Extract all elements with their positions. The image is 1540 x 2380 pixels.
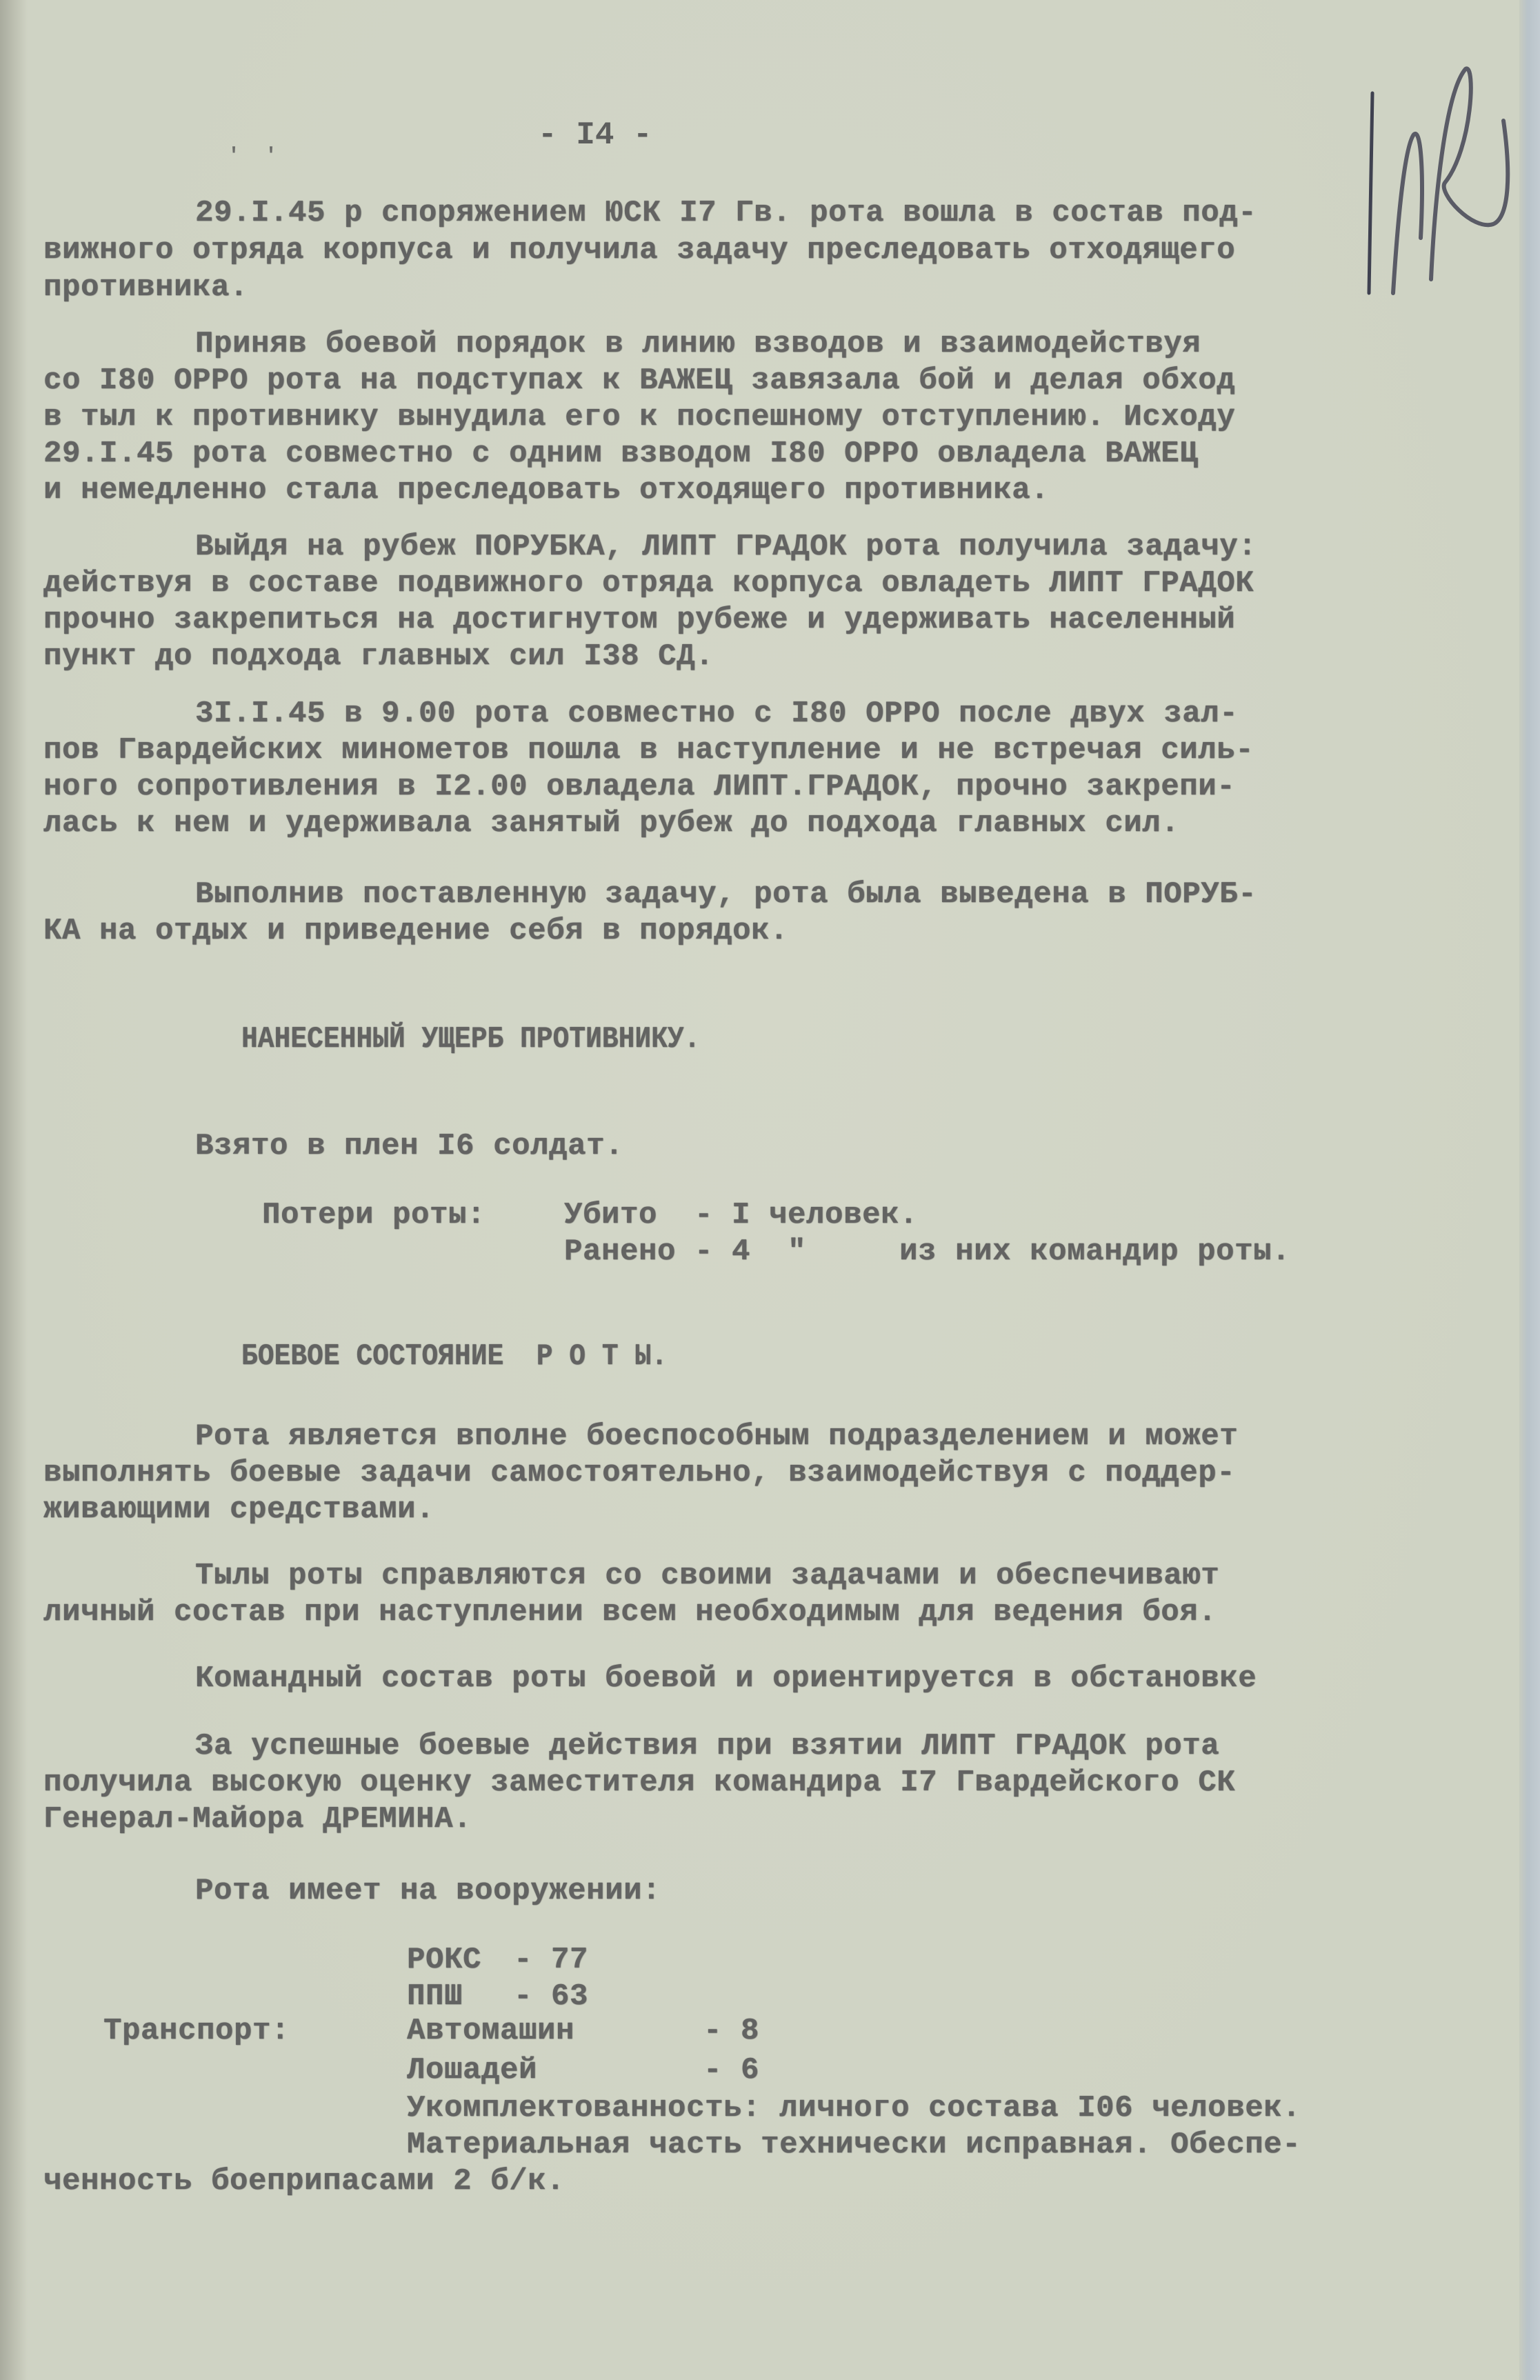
text-line: пов Гвардейских минометов пошла в наступ… [43, 732, 1254, 769]
armament-value: - 77 [514, 1941, 588, 1979]
text-line: Тылы роты справляются со своими задачами… [195, 1557, 1219, 1594]
page-binding-shadow [0, 0, 28, 2380]
losses-wounded: Ранено - 4 " из них командир роты. [564, 1233, 1290, 1270]
text-line: Выполнив поставленную задачу, рота была … [195, 876, 1257, 913]
captured-line: Взято в плен I6 солдат. [195, 1128, 623, 1165]
text-line: и немедленно стала преследовать отходяще… [43, 472, 1049, 509]
text-line: За успешные боевые действия при взятии Л… [195, 1728, 1219, 1765]
text-line: выполнять боевые задачи самостоятельно, … [43, 1454, 1235, 1492]
text-line: 29.I.45 р споряжением ЮСК I7 Гв. рота во… [195, 194, 1257, 232]
armament-name: РОКС [407, 1941, 481, 1979]
text-line: Генерал-Майора ДРЕМИНА. [43, 1801, 472, 1838]
armament-name: ППШ [407, 1978, 463, 2015]
text-line: Выйдя на рубеж ПОРУБКА, ЛИПТ ГРАДОК рота… [195, 528, 1257, 566]
text-line: пункт до подхода главных сил I38 СД. [43, 638, 714, 675]
ammo-line: ченность боеприпасами 2 б/к. [43, 2163, 565, 2200]
section-heading-damage: НАНЕСЕННЫЙ УЩЕРБ ПРОТИВНИКУ. [241, 1021, 700, 1058]
transport-label: Транспорт: [103, 2012, 290, 2050]
text-line: личный состав при наступлении всем необх… [43, 1594, 1217, 1631]
text-line: 3I.I.45 в 9.00 рота совместно с I80 ОРРО… [195, 695, 1238, 732]
page-number: - I4 - [538, 117, 652, 153]
materiel-line: Материальная часть технически исправная.… [407, 2126, 1301, 2163]
losses-label: Потери роты: [262, 1197, 486, 1234]
text-line: со I80 ОРРО рота на подступах к ВАЖЕЦ за… [43, 362, 1235, 399]
section-heading-combat-state: БОЕВОЕ СОСТОЯНИЕ Р О Т Ы. [241, 1338, 668, 1375]
page-right-edge [1519, 0, 1540, 2380]
text-line: Приняв боевой порядок в линию взводов и … [195, 326, 1201, 363]
text-line: Рота является вполне боеспособным подраз… [195, 1418, 1238, 1455]
staffing-line: Укомплектованность: личного состава I06 … [407, 2090, 1301, 2127]
text-line: КА на отдых и приведение себя в порядок. [43, 912, 788, 950]
armament-intro: Рота имеет на вооружении: [195, 1872, 661, 1910]
text-line: лась к нем и удерживала занятый рубеж до… [43, 805, 1179, 842]
text-line: 29.I.45 рота совместно с одним взводом I… [43, 435, 1198, 472]
transport-value: - 8 [703, 2012, 759, 2050]
margin-tick-marks: ' ' [228, 145, 277, 168]
transport-name: Лошадей [407, 2052, 537, 2089]
text-line: противника. [43, 269, 248, 306]
handwritten-archive-mark-icon [1355, 66, 1514, 300]
transport-name: Автомашин [407, 2012, 574, 2050]
losses-killed: Убито - I человек. [564, 1197, 918, 1234]
text-line: прочно закрепиться на достигнутом рубеже… [43, 601, 1235, 639]
transport-value: - 6 [703, 2052, 759, 2089]
text-line: Командный состав роты боевой и ориентиру… [195, 1660, 1257, 1697]
text-line: в тыл к противнику вынудила его к поспеш… [43, 399, 1235, 436]
text-line: вижного отряда корпуса и получила задачу… [43, 232, 1235, 269]
armament-value: - 63 [514, 1978, 588, 2015]
text-line: получила высокую оценку заместителя кома… [43, 1764, 1235, 1801]
text-line: живающими средствами. [43, 1491, 434, 1528]
text-line: действуя в составе подвижного отряда кор… [43, 565, 1254, 602]
text-line: ного сопротивления в I2.00 овладела ЛИПТ… [43, 768, 1235, 806]
